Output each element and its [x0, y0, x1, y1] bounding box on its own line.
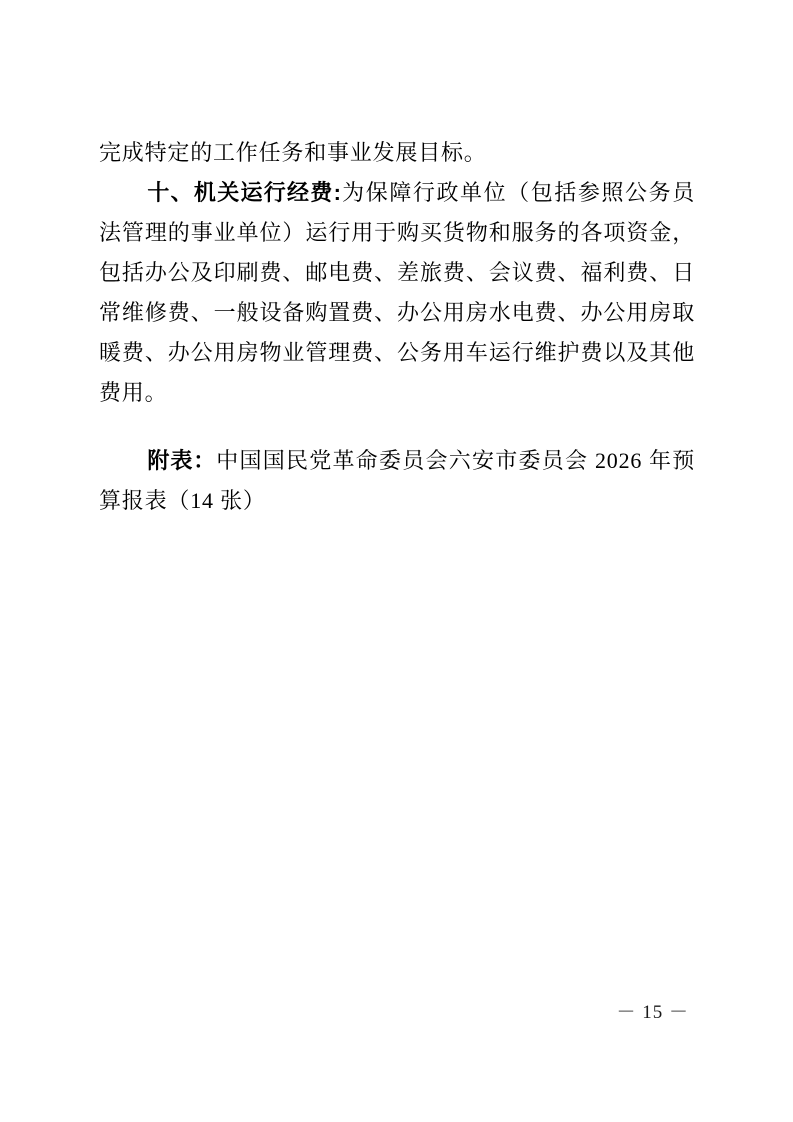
section-body-text: 为保障行政单位（包括参照公务员法管理的事业单位）运行用于购买货物和服务的各项资金…	[99, 180, 695, 405]
appendix-paragraph: 附表：中国国民党革命委员会六安市委员会 2026 年预算报表（14 张）	[99, 441, 695, 521]
paragraph-continuation: 完成特定的工作任务和事业发展目标。	[99, 133, 695, 173]
document-body: 完成特定的工作任务和事业发展目标。 十、机关运行经费:为保障行政单位（包括参照公…	[99, 133, 695, 521]
section-heading: 十、机关运行经费:	[147, 180, 341, 205]
appendix-label: 附表：	[147, 448, 216, 473]
page-number: － 15 －	[616, 997, 689, 1024]
document-page: 完成特定的工作任务和事业发展目标。 十、机关运行经费:为保障行政单位（包括参照公…	[0, 0, 793, 1122]
section-paragraph: 十、机关运行经费:为保障行政单位（包括参照公务员法管理的事业单位）运行用于购买货…	[99, 173, 695, 413]
